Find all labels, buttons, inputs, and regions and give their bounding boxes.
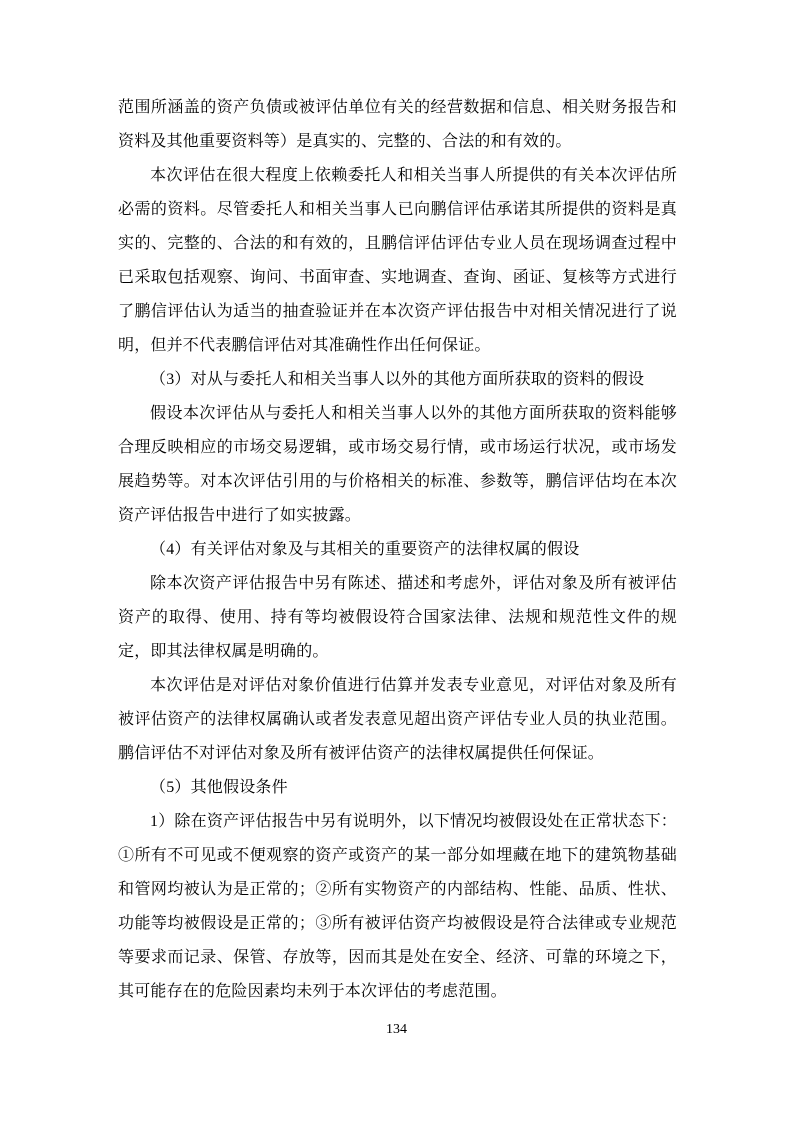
page-body-text: 范围所涵盖的资产负债或被评估单位有关的经营数据和信息、相关财务报告和资料及其他重… <box>118 91 677 1009</box>
section-heading-assumption-4: （4）有关评估对象及与其相关的重要资产的法律权属的假设 <box>118 533 677 567</box>
section-heading-assumption-3: （3）对从与委托人和相关当事人以外的其他方面所获取的资料的假设 <box>118 363 677 397</box>
document-page: 范围所涵盖的资产负债或被评估单位有关的经营数据和信息、相关财务报告和资料及其他重… <box>0 0 793 1122</box>
paragraph-assumption-4-body-2: 本次评估是对评估对象价值进行估算并发表专业意见，对评估对象及所有被评估资产的法律… <box>118 669 677 771</box>
paragraph-assumption-4-body-1: 除本次资产评估报告中另有陈述、描述和考虑外，评估对象及所有被评估资产的取得、使用… <box>118 567 677 669</box>
paragraph-assumption-5-body: 1）除在资产评估报告中另有说明外，以下情况均被假设处在正常状态下：①所有不可见或… <box>118 805 677 1009</box>
page-number: 134 <box>0 1020 793 1040</box>
paragraph-reliance-on-provided-materials: 本次评估在很大程度上依赖委托人和相关当事人所提供的有关本次评估所必需的资料。尽管… <box>118 159 677 363</box>
paragraph-continued-from-previous-page: 范围所涵盖的资产负债或被评估单位有关的经营数据和信息、相关财务报告和资料及其他重… <box>118 91 677 159</box>
section-heading-assumption-5: （5）其他假设条件 <box>118 771 677 805</box>
paragraph-assumption-3-body: 假设本次评估从与委托人和相关当事人以外的其他方面所获取的资料能够合理反映相应的市… <box>118 397 677 533</box>
